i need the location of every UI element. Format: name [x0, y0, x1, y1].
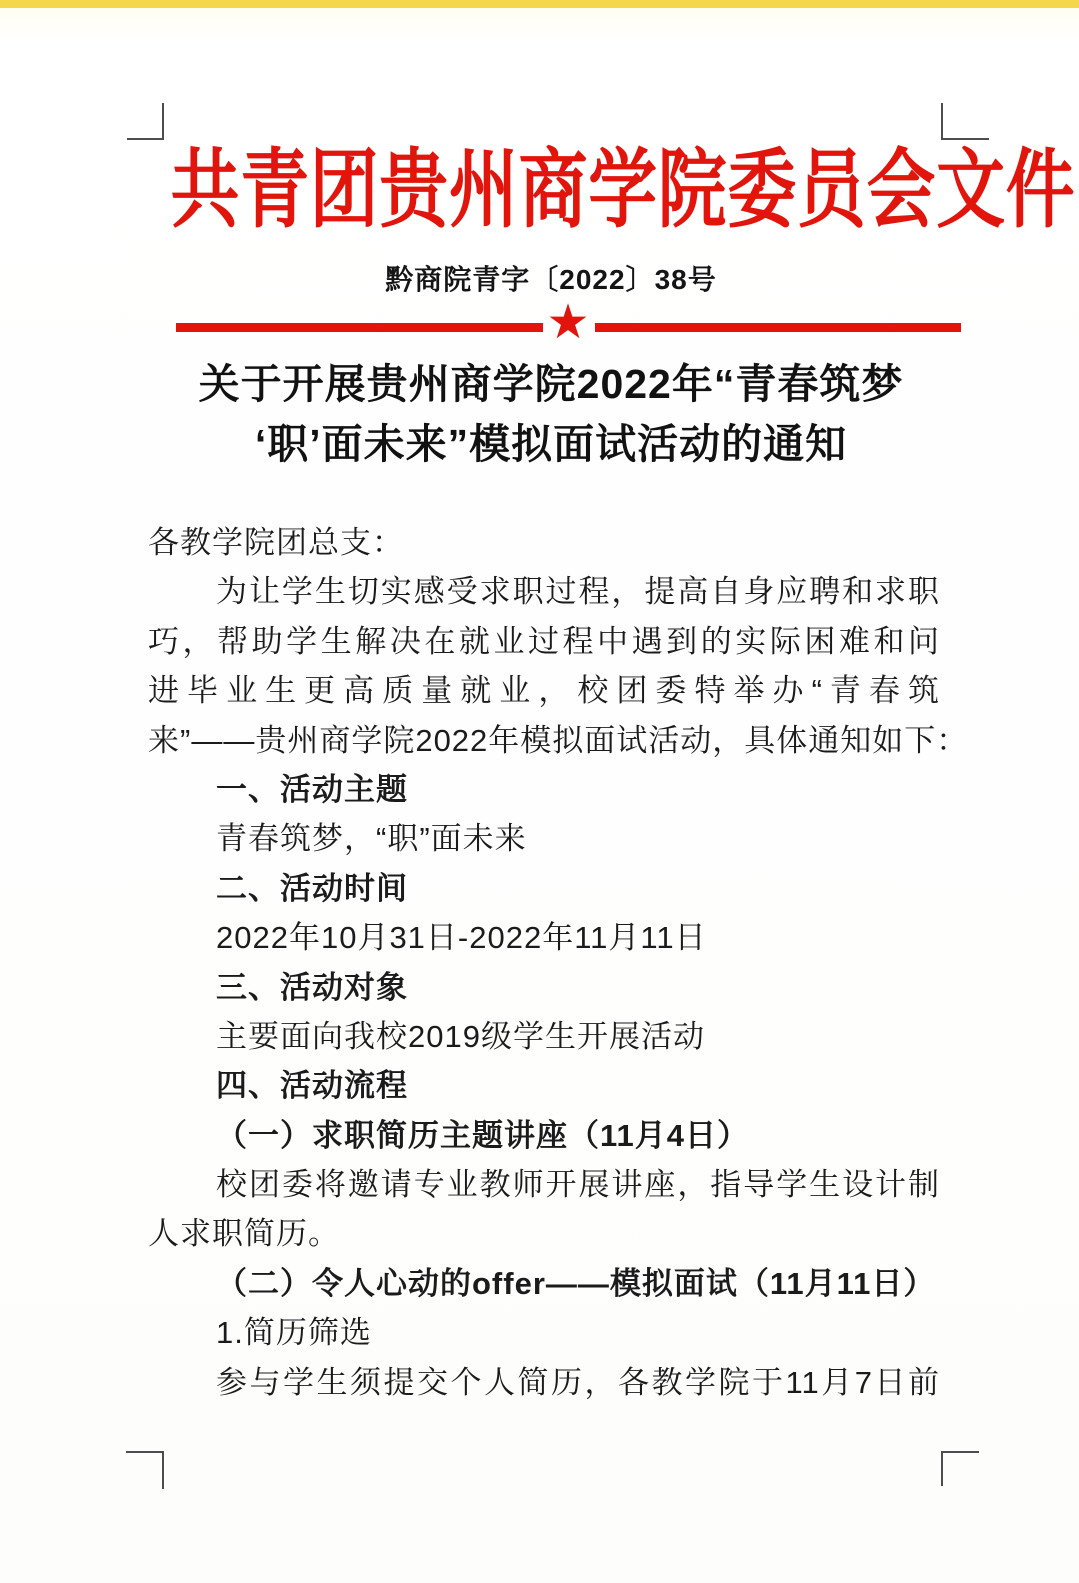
subsection-4-1-line-2: 人求职简历。 [148, 1209, 940, 1258]
document-number: 黔商院青字〔2022〕38号 [28, 262, 1074, 298]
crop-mark-bottom-right [941, 1451, 979, 1486]
section-2-time: 2022年10月31日-2022年11月11日 [148, 913, 940, 962]
star-icon: ★ [540, 299, 596, 347]
section-3-heading: 三、活动对象 [148, 963, 940, 1012]
notice-body: 各教学院团总支： 为让学生切实感受求职过程，提高自身应聘和求职技 巧，帮助学生解… [148, 518, 940, 1407]
salutation: 各教学院团总支： [148, 518, 940, 567]
document-header-title: 共青团贵州商学院委员会文件 [171, 142, 976, 238]
section-4-heading: 四、活动流程 [148, 1061, 940, 1110]
subsection-4-2-heading: （二）令人心动的offer——模拟面试（11月11日） [148, 1259, 940, 1308]
notice-title-line2: ‘职’面未来”模拟面试活动的通知 [28, 414, 1074, 474]
intro-line-1: 为让学生切实感受求职过程，提高自身应聘和求职技 [148, 567, 940, 616]
notice-title: 关于开展贵州商学院2022年“青春筑梦 ‘职’面未来”模拟面试活动的通知 [28, 354, 1074, 474]
crop-mark-top-right [941, 103, 989, 140]
red-rule-left [176, 323, 543, 332]
notice-title-line1: 关于开展贵州商学院2022年“青春筑梦 [28, 354, 1074, 414]
subsection-4-1-heading: （一）求职简历主题讲座（11月4日） [148, 1111, 940, 1160]
subsection-4-1-line-1: 校团委将邀请专业教师开展讲座，指导学生设计制作个 [148, 1160, 940, 1209]
intro-line-3: 进毕业生更高质量就业，校团委特举办“青春筑梦，‘职’面未 [148, 666, 940, 715]
section-1-heading: 一、活动主题 [148, 765, 940, 814]
item-1-heading: 1.简历筛选 [148, 1308, 940, 1357]
intro-line-4: 来”——贵州商学院2022年模拟面试活动，具体通知如下： [148, 716, 940, 765]
crop-mark-bottom-left [126, 1451, 164, 1489]
intro-line-2: 巧，帮助学生解决在就业过程中遇到的实际困难和问题，促 [148, 617, 940, 666]
section-1-theme: 青春筑梦，“职”面未来 [148, 814, 940, 863]
scanned-notice-page: { "page": { "accent_red": "#e2150d", "to… [0, 0, 1079, 1583]
section-2-heading: 二、活动时间 [148, 864, 940, 913]
top-edge-strip [0, 0, 1079, 8]
red-rule-right [595, 323, 961, 332]
crop-mark-top-left [127, 103, 164, 140]
item-1-line-1: 参与学生须提交个人简历，各教学院于11月7日前将参 [148, 1358, 940, 1407]
section-3-audience: 主要面向我校2019级学生开展活动 [148, 1012, 940, 1061]
